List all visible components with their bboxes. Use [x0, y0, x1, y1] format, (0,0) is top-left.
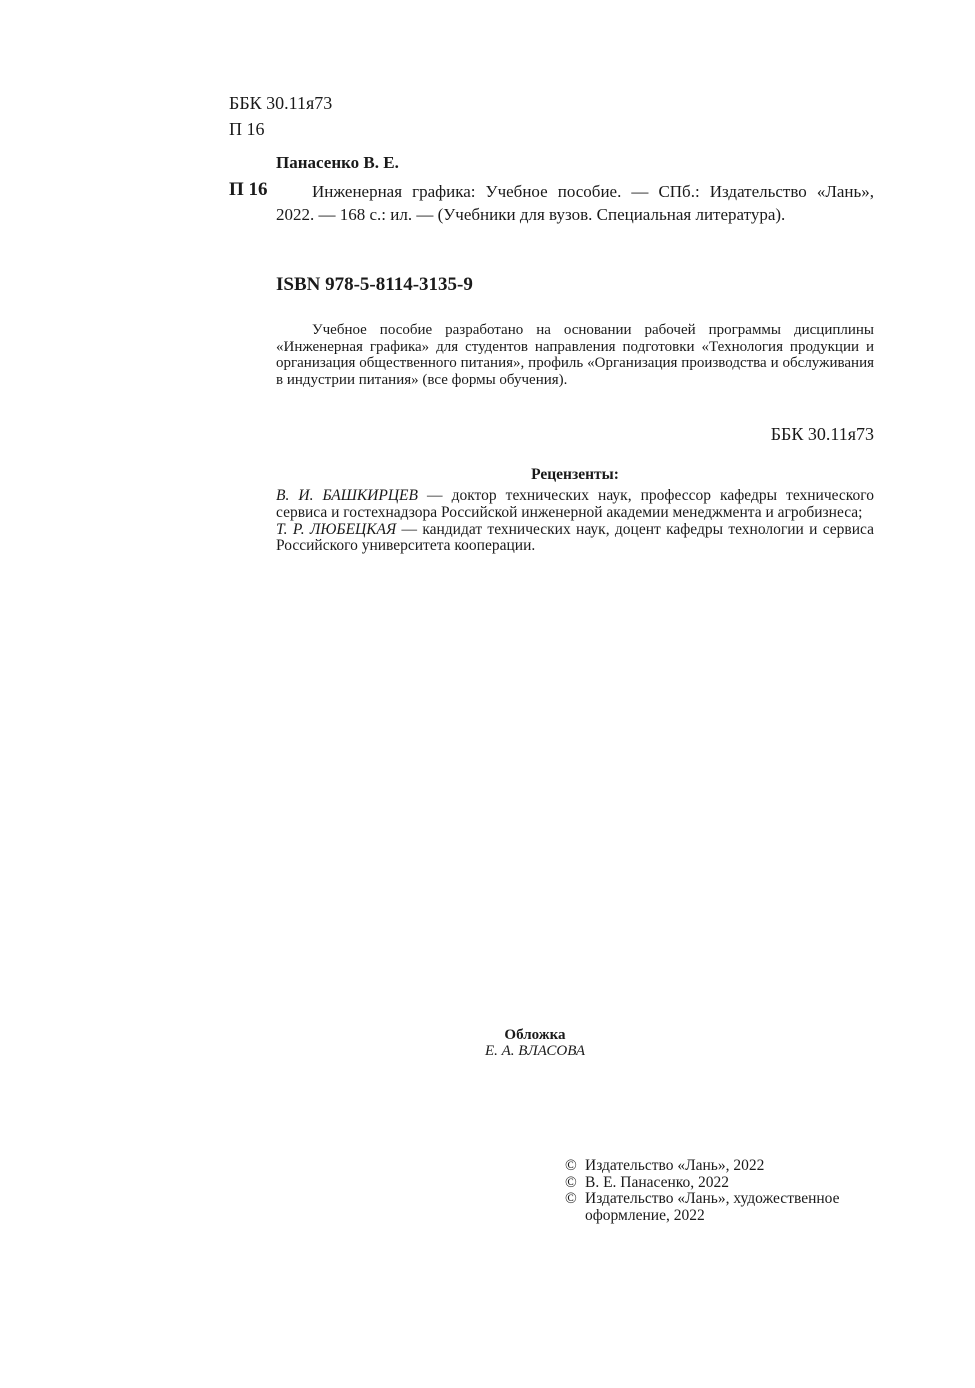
copyright-icon: © [565, 1175, 585, 1192]
cover-artist: Е. А. ВЛАСОВА [276, 1043, 794, 1060]
reviewer-item: В. И. БАШКИРЦЕВ — доктор технических нау… [276, 488, 874, 522]
annotation: Учебное пособие разработано на основании… [276, 322, 874, 388]
copyright-block: ©Издательство «Лань», 2022 ©В. Е. Панасе… [565, 1158, 875, 1224]
reviewers-list: В. И. БАШКИРЦЕВ — доктор технических нау… [276, 488, 874, 555]
isbn: ISBN 978-5-8114-3135-9 [276, 274, 473, 296]
copyright-line: ©Издательство «Лань», 2022 [565, 1158, 875, 1175]
author-code: П 16 [229, 118, 265, 140]
reviewers-heading: Рецензенты: [276, 466, 874, 484]
bbk-classification-right: ББК 30.11я73 [771, 424, 874, 445]
entry-author-code: П 16 [229, 179, 268, 201]
bibliographic-description: Инженерная графика: Учебное пособие. — С… [276, 180, 874, 226]
author-name: Панасенко В. Е. [276, 153, 399, 173]
copyright-icon: © [565, 1158, 585, 1175]
bbk-classification: ББК 30.11я73 [229, 92, 332, 114]
copyright-line: ©В. Е. Панасенко, 2022 [565, 1175, 875, 1192]
reviewer-name: Т. Р. ЛЮБЕЦКАЯ [276, 521, 396, 538]
copyright-icon: © [565, 1191, 585, 1224]
copyright-line: ©Издательство «Лань», художественное офо… [565, 1191, 875, 1224]
reviewer-item: Т. Р. ЛЮБЕЦКАЯ — кандидат технических на… [276, 522, 874, 556]
reviewer-name: В. И. БАШКИРЦЕВ [276, 487, 418, 504]
cover-label: Обложка [276, 1027, 794, 1044]
